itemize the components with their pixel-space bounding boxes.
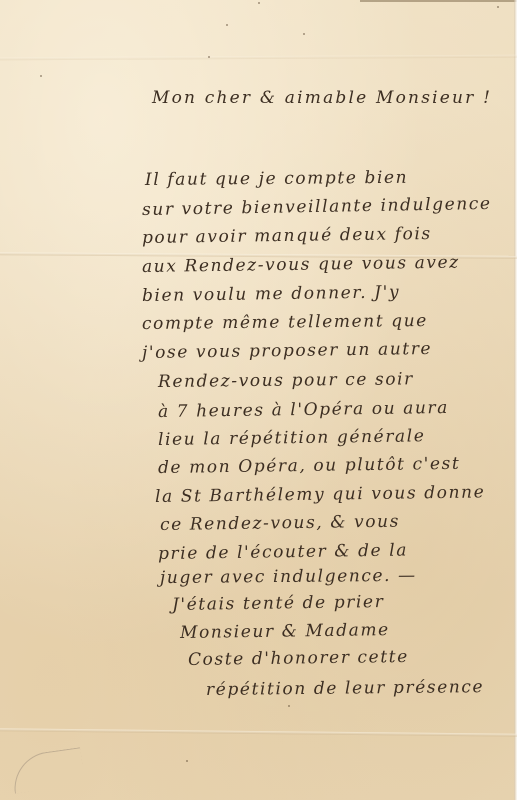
letter-line: la St Barthélemy qui vous donne	[155, 482, 486, 507]
letter-line: à 7 heures à l'Opéra ou aura	[158, 398, 449, 422]
letter-line: répétition de leur présence	[206, 677, 484, 700]
letter-line: de mon Opéra, ou plutôt c'est	[158, 454, 461, 478]
letter-line: aux Rendez-vous que vous avez	[142, 253, 460, 277]
letter-line: Monsieur & Madame	[180, 620, 390, 643]
letter-line: compte même tellement que	[142, 311, 428, 334]
letter-line: Il faut que je compte bien	[145, 168, 408, 190]
letter-line: ce Rendez-vous, & vous	[160, 512, 400, 535]
letter-line: j'ose vous proposer un autre	[142, 339, 432, 363]
letter-line: prie de l'écouter & de la	[158, 541, 408, 564]
letter-line: Coste d'honorer cette	[188, 647, 409, 670]
letter-line: lieu la répétition générale	[158, 426, 426, 450]
letter-salutation: Mon cher & aimable Monsieur !	[152, 88, 492, 108]
letter-line: bien voulu me donner. J'y	[142, 282, 400, 306]
letter-page: Mon cher & aimable Monsieur ! Il faut qu…	[0, 0, 517, 800]
letter-line: J'étais tenté de prier	[172, 592, 385, 615]
letter-line: juger avec indulgence. —	[160, 566, 417, 588]
letter-line: Rendez-vous pour ce soir	[158, 369, 414, 392]
letter-line: pour avoir manqué deux fois	[142, 224, 432, 248]
letter-line: sur votre bienveillante indulgence	[142, 194, 492, 220]
letter-body: Mon cher & aimable Monsieur ! Il faut qu…	[0, 0, 517, 800]
